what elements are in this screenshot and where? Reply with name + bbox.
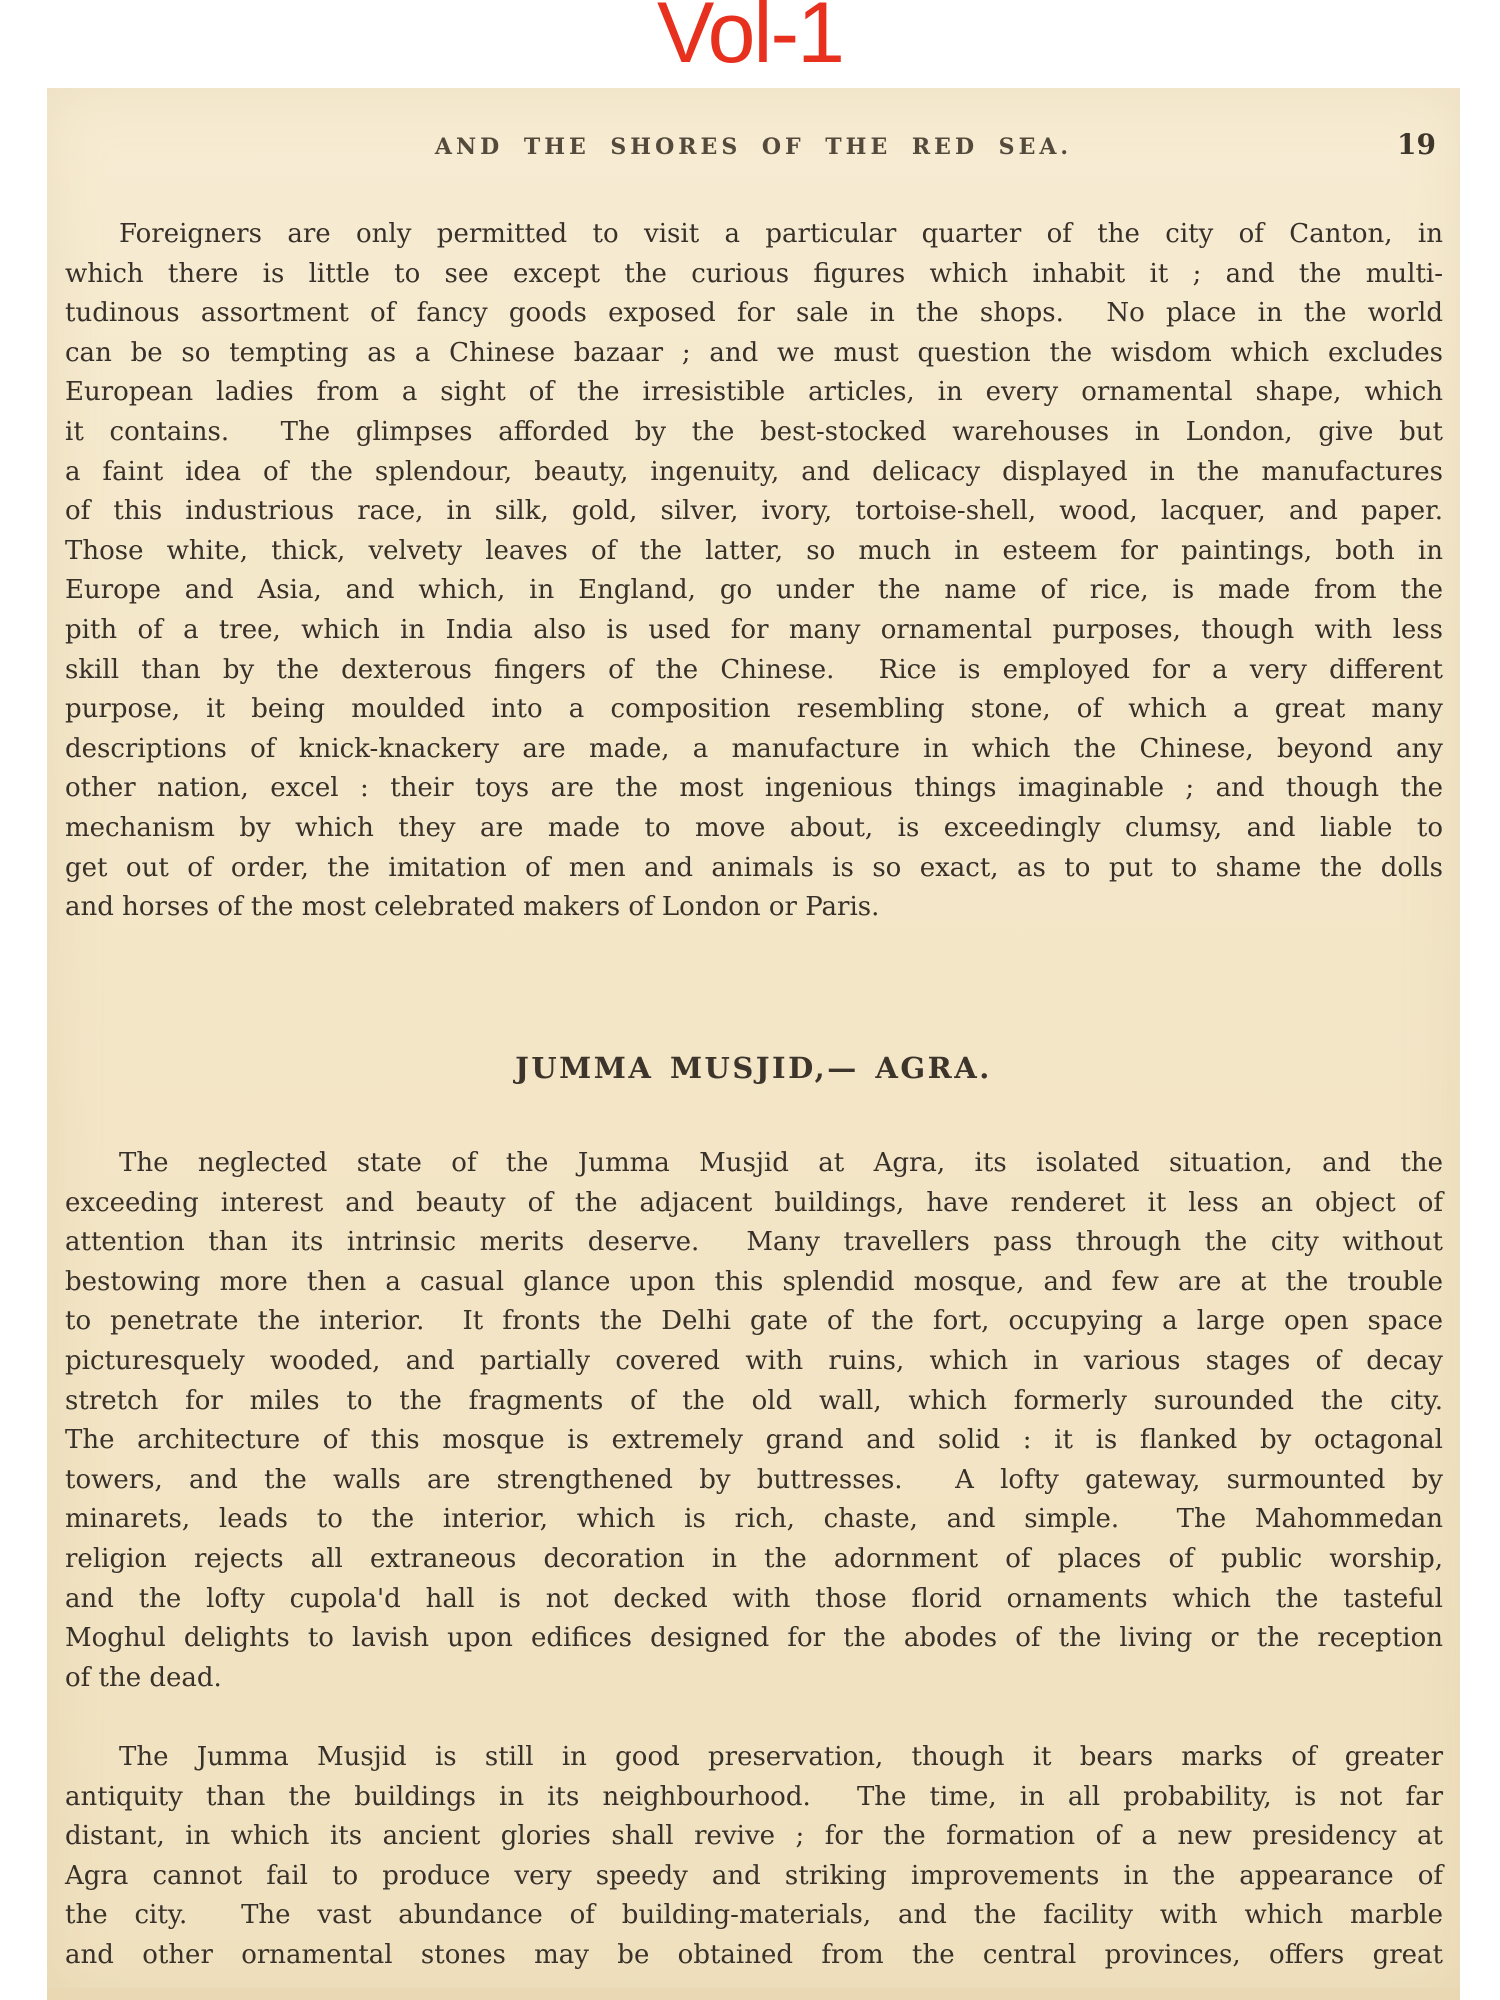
text-line: stretch for miles to the fragments of th… bbox=[65, 1382, 1443, 1422]
text-line: The neglected state of the Jumma Musjid … bbox=[65, 1144, 1443, 1184]
text-line: of the dead. bbox=[65, 1659, 1443, 1699]
text-line: exceeding interest and beauty of the adj… bbox=[65, 1184, 1443, 1224]
text-line: distant, in which its ancient glories sh… bbox=[65, 1817, 1443, 1857]
text-line: The architecture of this mosque is extre… bbox=[65, 1421, 1443, 1461]
text-line: the city. The vast abundance of building… bbox=[65, 1896, 1443, 1936]
text-line: purpose, it being moulded into a composi… bbox=[65, 690, 1443, 730]
text-line: pith of a tree, which in India also is u… bbox=[65, 611, 1443, 651]
text-line: religion rejects all extraneous decorati… bbox=[65, 1540, 1443, 1580]
paragraph-jumma-musjid-1: The neglected state of the Jumma Musjid … bbox=[65, 1144, 1443, 1698]
text-line: Moghul delights to lavish upon edifices … bbox=[65, 1619, 1443, 1659]
paragraph-canton: Foreigners are only permitted to visit a… bbox=[65, 215, 1443, 928]
text-line: minarets, leads to the interior, which i… bbox=[65, 1500, 1443, 1540]
text-line: attention than its intrinsic merits dese… bbox=[65, 1223, 1443, 1263]
text-line: can be so tempting as a Chinese bazaar ;… bbox=[65, 334, 1443, 374]
text-line: The Jumma Musjid is still in good preser… bbox=[65, 1738, 1443, 1778]
running-header: AND THE SHORES OF THE RED SEA. bbox=[47, 134, 1460, 160]
text-line: get out of order, the imitation of men a… bbox=[65, 849, 1443, 889]
paragraph-jumma-musjid-2: The Jumma Musjid is still in good preser… bbox=[65, 1738, 1443, 1976]
text-line: European ladies from a sight of the irre… bbox=[65, 373, 1443, 413]
text-line: picturesquely wooded, and partially cove… bbox=[65, 1342, 1443, 1382]
text-line: to penetrate the interior. It fronts the… bbox=[65, 1302, 1443, 1342]
text-line: descriptions of knick-knackery are made,… bbox=[65, 730, 1443, 770]
text-line: Europe and Asia, and which, in England, … bbox=[65, 571, 1443, 611]
text-line: and other ornamental stones may be obtai… bbox=[65, 1936, 1443, 1976]
section-heading: JUMMA MUSJID,— AGRA. bbox=[47, 1051, 1460, 1085]
text-line: tudinous assortment of fancy goods expos… bbox=[65, 294, 1443, 334]
text-line: which there is little to see except the … bbox=[65, 255, 1443, 295]
scanned-book-page: AND THE SHORES OF THE RED SEA. 19 Foreig… bbox=[47, 88, 1460, 2000]
text-line: and the lofty cupola'd hall is not decke… bbox=[65, 1580, 1443, 1620]
text-line: other nation, excel : their toys are the… bbox=[65, 769, 1443, 809]
text-line: Agra cannot fail to produce very speedy … bbox=[65, 1857, 1443, 1897]
text-line: it contains. The glimpses afforded by th… bbox=[65, 413, 1443, 453]
text-line: and horses of the most celebrated makers… bbox=[65, 888, 1443, 928]
text-line: bestowing more then a casual glance upon… bbox=[65, 1263, 1443, 1303]
text-line: Foreigners are only permitted to visit a… bbox=[65, 215, 1443, 255]
volume-label: Vol-1 bbox=[0, 0, 1500, 76]
text-line: towers, and the walls are strengthened b… bbox=[65, 1461, 1443, 1501]
text-line: antiquity than the buildings in its neig… bbox=[65, 1778, 1443, 1818]
text-line: a faint idea of the splendour, beauty, i… bbox=[65, 453, 1443, 493]
text-line: Those white, thick, velvety leaves of th… bbox=[65, 532, 1443, 572]
text-line: skill than by the dexterous fingers of t… bbox=[65, 651, 1443, 691]
volume-banner: Vol-1 bbox=[0, 0, 1500, 88]
text-line: of this industrious race, in silk, gold,… bbox=[65, 492, 1443, 532]
text-line: mechanism by which they are made to move… bbox=[65, 809, 1443, 849]
page-number: 19 bbox=[1397, 128, 1436, 161]
